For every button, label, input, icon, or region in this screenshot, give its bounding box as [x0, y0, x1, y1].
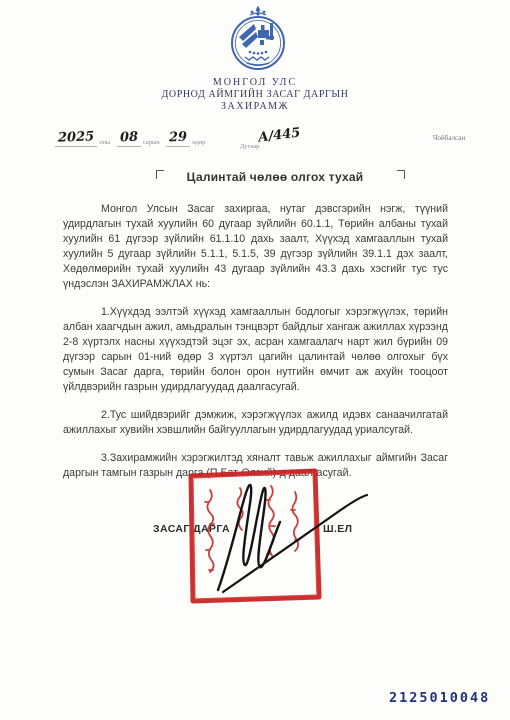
number-group: ДугаарА/445	[238, 132, 304, 150]
date-group: 2025оны 08сарын 29өдөр	[55, 128, 207, 147]
title-row: Цалинтай чөлөө олгох тухай	[40, 168, 510, 186]
document-body: Монгол Улсын Засаг захиргаа, нутаг дэвсг…	[63, 202, 448, 494]
month-label: сарын	[143, 139, 160, 146]
place-name: Чойбалсан	[433, 134, 465, 142]
letterhead: МОНГОЛ УЛС ДОРНОД АЙМГИЙН ЗАСАГ ДАРГЫН З…	[0, 77, 510, 112]
preamble-paragraph: Монгол Улсын Засаг захиргаа, нутаг дэвсг…	[63, 202, 448, 292]
crop-mark-left-icon	[156, 170, 164, 179]
year-value-handwritten: 2025	[58, 129, 95, 145]
year-label: оны	[99, 139, 110, 146]
registration-number: 2125010048	[389, 690, 490, 706]
day-value-handwritten: 29	[169, 130, 188, 146]
state-emblem-icon	[227, 5, 289, 73]
day-label: өдөр	[192, 139, 205, 146]
dateline: 2025оны 08сарын 29өдөр ДугаарА/445 Чойба…	[0, 128, 510, 152]
issuing-authority: ДОРНОД АЙМГИЙН ЗАСАГ ДАРГЫН	[0, 89, 510, 100]
crop-mark-right-icon	[397, 170, 405, 179]
document-title: Цалинтай чөлөө олгох тухай	[187, 170, 364, 184]
number-label: Дугаар	[240, 143, 259, 150]
article-paragraph-2: 2.Тус шийдвэрийг дэмжиж, хэрэгжүүлэх ажи…	[63, 408, 448, 438]
country-name: МОНГОЛ УЛС	[0, 77, 510, 88]
number-value-handwritten: А/445	[258, 125, 302, 145]
official-seal-and-signature-icon	[183, 466, 383, 606]
month-value-handwritten: 08	[119, 130, 138, 146]
scanned-decree-page: МОНГОЛ УЛС ДОРНОД АЙМГИЙН ЗАСАГ ДАРГЫН З…	[0, 0, 510, 720]
article-paragraph-1: 1.Хүүхдэд ээлтэй хүүхэд хамгааллын бодло…	[63, 305, 448, 395]
document-type: ЗАХИРАМЖ	[0, 101, 510, 112]
